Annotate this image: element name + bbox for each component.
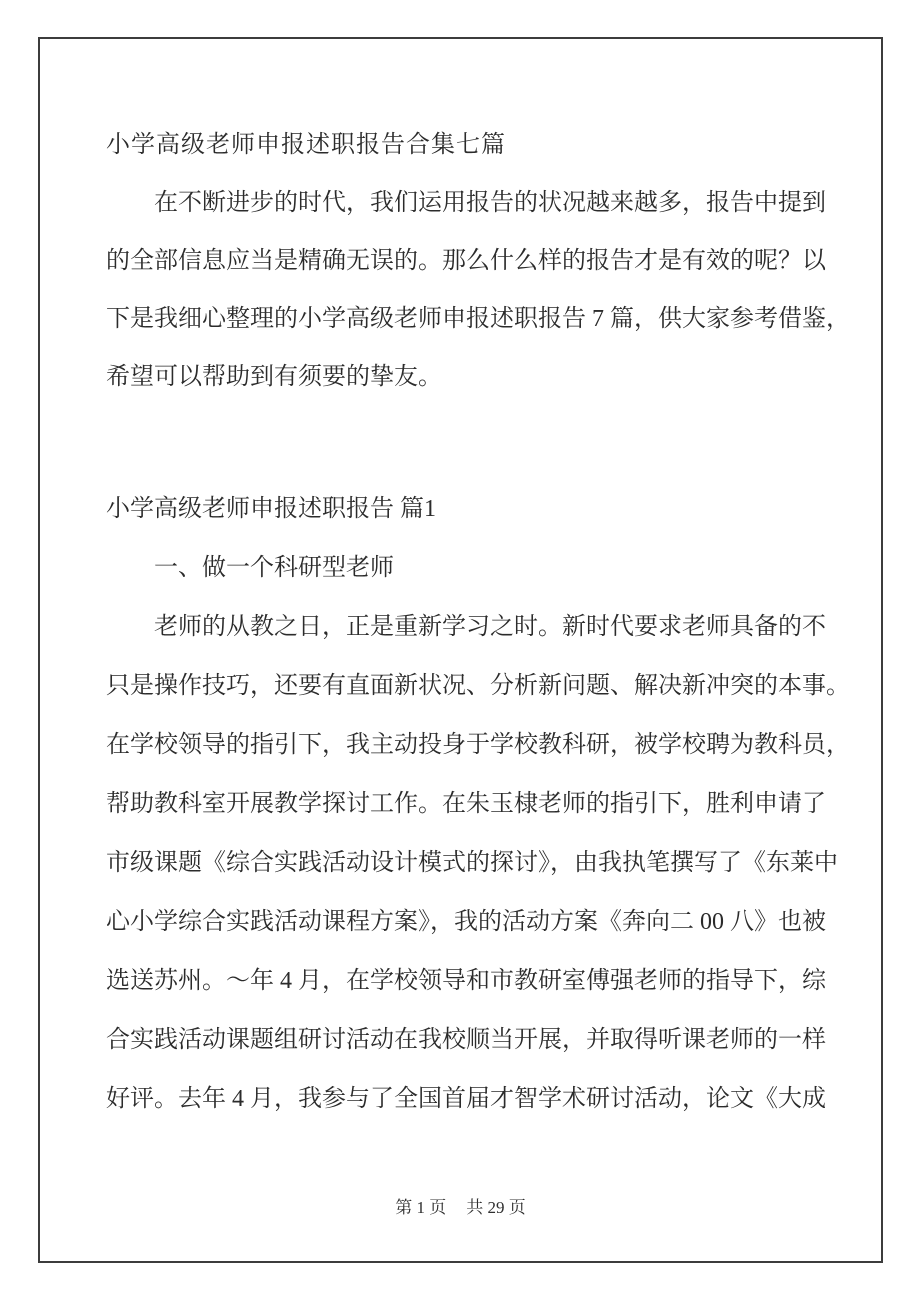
text-line: 好评。去年 4 月，我参与了全国首届才智学术研讨活动，论文《大成	[106, 1070, 841, 1129]
text-line: 下是我细心整理的小学高级老师申报述职报告 7 篇，供大家参考借鉴，	[106, 290, 841, 348]
section-subheading: 一、做一个科研型老师	[106, 539, 841, 598]
document-title: 小学高级老师申报述职报告合集七篇	[106, 116, 841, 174]
text-line: 合实践活动课题组研讨活动在我校顺当开展，并取得听课老师的一样	[106, 1011, 841, 1070]
text-line: 在不断进步的时代，我们运用报告的状况越来越多，报告中提到	[106, 174, 841, 232]
section-heading: 小学高级老师申报述职报告 篇1	[106, 480, 841, 539]
text-line: 选送苏州。～年 4 月，在学校领导和市教研室傅强老师的指导下，综	[106, 952, 841, 1011]
page-footer: 第 1 页共 29 页	[40, 1196, 881, 1220]
blank-line	[106, 406, 841, 480]
text-line: 市级课题《综合实践活动设计模式的探讨》，由我执笔撰写了《东莱中	[106, 834, 841, 893]
text-line: 帮助教科室开展教学探讨工作。在朱玉棣老师的指引下，胜利申请了	[106, 775, 841, 834]
text-line: 只是操作技巧，还要有直面新状况、分析新问题、解决新冲突的本事。	[106, 657, 841, 716]
text-line: 在学校领导的指引下，我主动投身于学校教科研，被学校聘为教科员，	[106, 716, 841, 775]
text-line: 心小学综合实践活动课程方案》，我的活动方案《奔向二 00 八》也被	[106, 893, 841, 952]
document-body: 小学高级老师申报述职报告合集七篇 在不断进步的时代，我们运用报告的状况越来越多，…	[40, 39, 881, 1129]
text-line: 老师的从教之日，正是重新学习之时。新时代要求老师具备的不	[106, 598, 841, 657]
text-line: 的全部信息应当是精确无误的。那么什么样的报告才是有效的呢？以	[106, 232, 841, 290]
page-number-label: 第 1 页	[395, 1198, 446, 1217]
page-count-label: 共 29 页	[466, 1198, 526, 1217]
text-line: 希望可以帮助到有须要的挚友。	[106, 348, 841, 406]
document-page: 小学高级老师申报述职报告合集七篇 在不断进步的时代，我们运用报告的状况越来越多，…	[38, 37, 883, 1263]
